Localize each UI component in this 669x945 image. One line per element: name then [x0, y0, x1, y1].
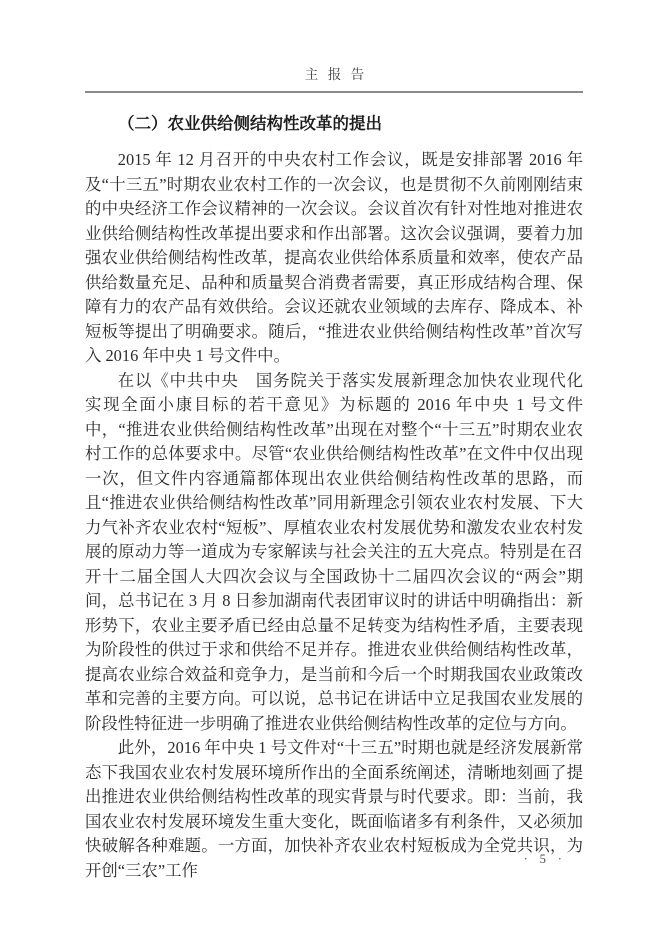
running-head-rule [85, 91, 583, 93]
running-head-title: 主报告 [0, 63, 669, 83]
body-text: 2015 年 12 月召开的中央农村工作会议，既是安排部署 2016 年及“十三… [85, 148, 583, 883]
document-page: 主报告 （二）农业供给侧结构性改革的提出 2015 年 12 月召开的中央农村工… [0, 0, 669, 945]
page-number: · 5 · [495, 852, 595, 867]
section-heading: （二）农业供给侧结构性改革的提出 [85, 112, 583, 137]
paragraph-2: 在以《中共中央 国务院关于落实发展新理念加快农业现代化 实现全面小康目标的若干意… [85, 369, 583, 737]
paragraph-1: 2015 年 12 月召开的中央农村工作会议，既是安排部署 2016 年及“十三… [85, 148, 583, 369]
